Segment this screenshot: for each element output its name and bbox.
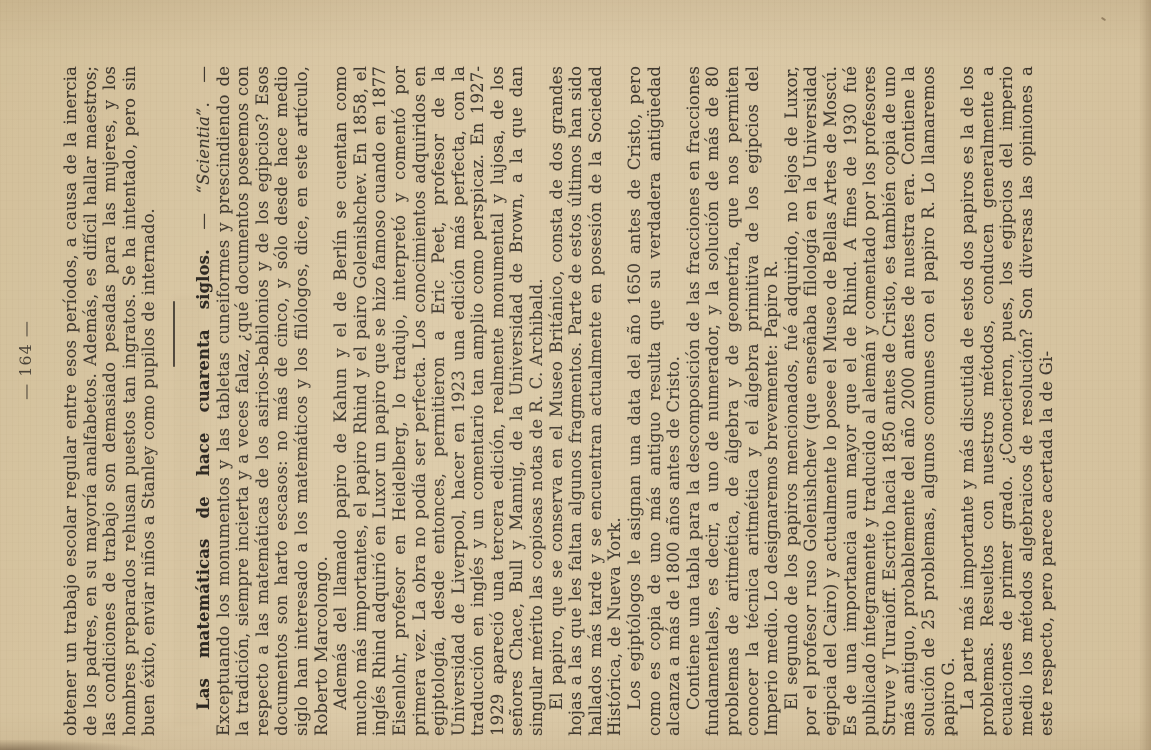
body-paragraph: El segundo de los papiros mencionados, f… [782, 66, 958, 736]
body-paragraph: Contiene una tabla para la descomposició… [684, 66, 782, 736]
section-divider-rule [173, 301, 175, 367]
text-block: obtener un trabajo escolar regular entre… [61, 66, 1056, 736]
section-title: Las matemáticas de hace cuarenta siglos. [194, 249, 213, 710]
opening-paragraph: obtener un trabajo escolar regular entre… [61, 66, 159, 736]
body-paragraph: Además del llamado papiro de Kahun y el … [331, 66, 547, 736]
page-number: — 164 — [16, 0, 35, 750]
heading-separator: — [194, 193, 213, 249]
journal-name: “Scientia” [194, 108, 213, 194]
section-heading-paragraph: Las matemáticas de hace cuarenta siglos.… [194, 66, 331, 736]
section-body-text: . — Exceptuando los monumentos y las tab… [194, 66, 331, 736]
body-paragraph: La parte más importante y más discutida … [958, 66, 1056, 736]
page-content: — 164 — obtener un trabajo escolar regul… [0, 0, 1151, 750]
body-paragraph: El papiro, que se conserva en el Museo B… [547, 66, 625, 736]
body-paragraph: Los egiptólogos le asignan una data del … [625, 66, 684, 736]
scanned-book-page: — 164 — obtener un trabajo escolar regul… [0, 0, 1151, 750]
